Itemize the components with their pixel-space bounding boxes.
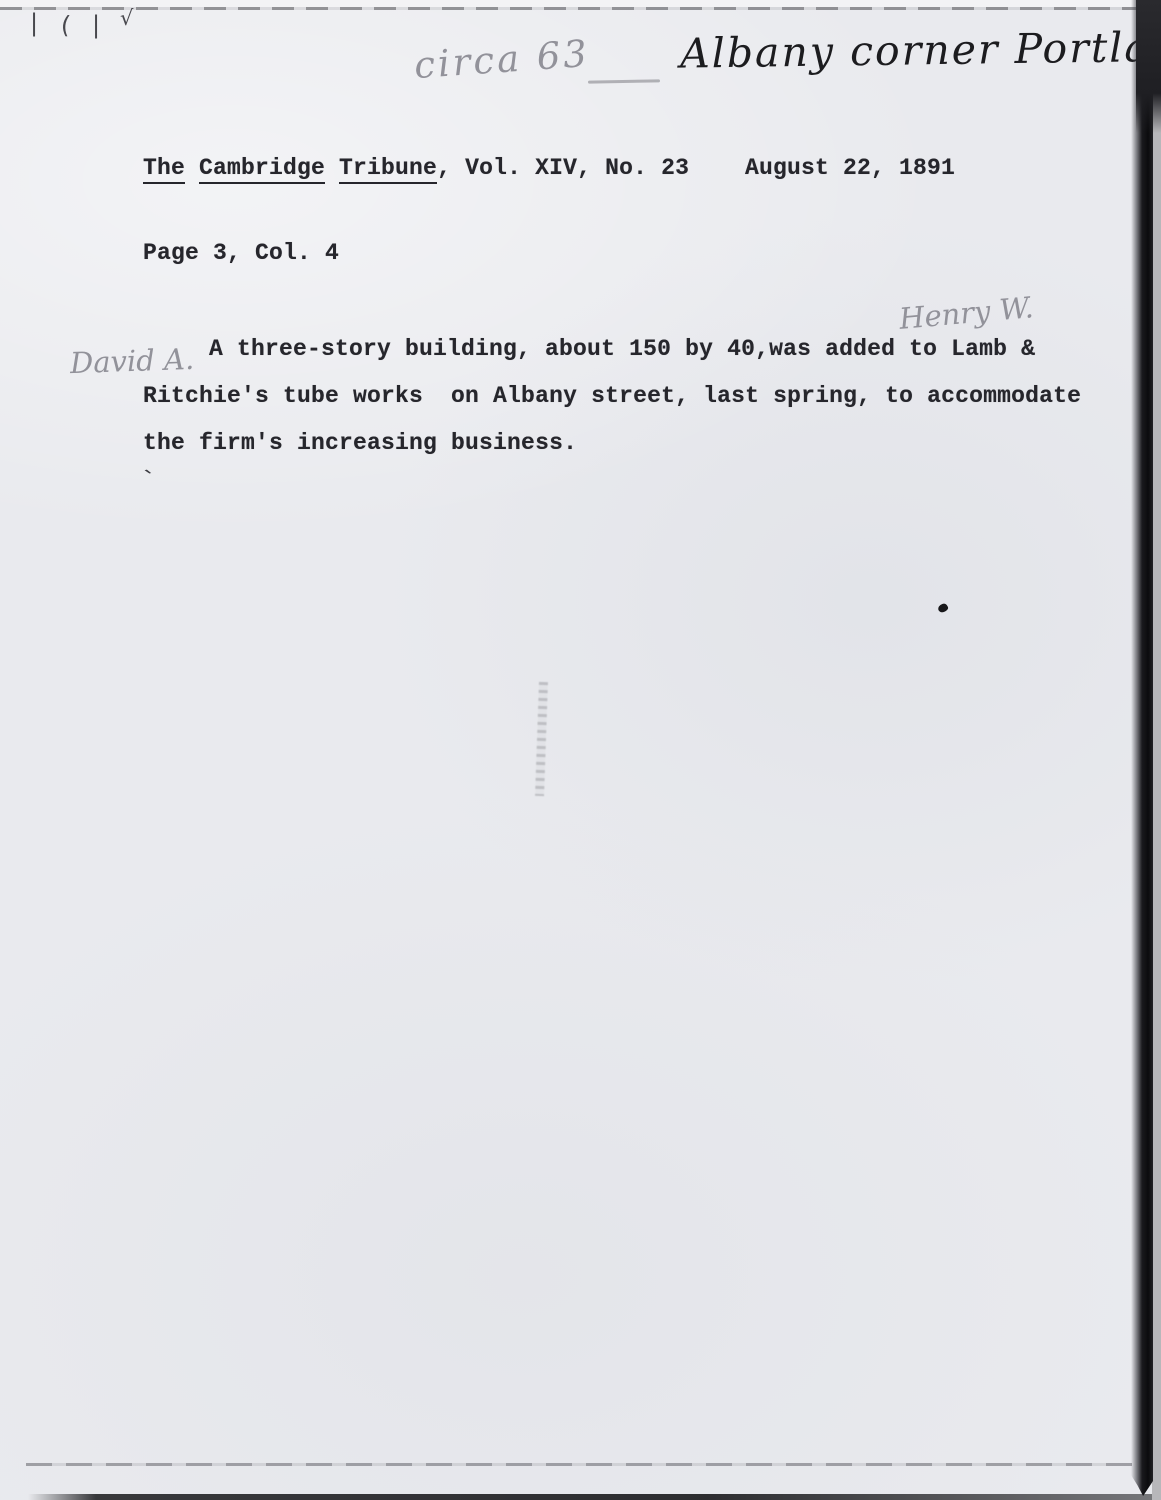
handwritten-name-henry: Henry W.: [898, 290, 1035, 336]
scan-bottom-edge-shadow: [28, 1494, 1161, 1500]
pencil-dash-line: [588, 79, 660, 83]
body-text-line: the firm's increasing business.: [143, 430, 577, 456]
source-title-word: Tribune: [339, 155, 437, 184]
scanned-document-page: | ( | √ circa 63 Albany corner Portland …: [0, 0, 1161, 1500]
scan-artifact-top-line: [0, 7, 1148, 10]
margin-tick-mark: (: [60, 11, 72, 40]
scan-right-edge-gray: [1152, 0, 1161, 1500]
margin-tick-mark: |: [92, 11, 100, 39]
margin-tick-mark: |: [30, 9, 38, 37]
margin-check-mark: √: [120, 6, 133, 30]
scan-top-white-band: [0, 0, 1148, 7]
source-title-word: The: [143, 155, 185, 184]
handwritten-circa-note: circa 63: [413, 32, 591, 87]
body-text-line: A three-story building, about 150 by 40,…: [209, 336, 1035, 362]
body-text-line: Ritchie's tube works on Albany street, l…: [143, 383, 1081, 409]
handwritten-name-david: David A.: [69, 342, 194, 380]
page-column-reference: Page 3, Col. 4: [143, 240, 339, 266]
source-date: August 22, 1891: [745, 155, 955, 181]
scan-right-edge-black-strip: [1131, 0, 1153, 1496]
source-title-word: Cambridge: [199, 155, 325, 184]
scan-top-right-corner-dark: [1136, 0, 1161, 133]
stray-pen-mark: `: [141, 465, 162, 496]
source-citation: , Vol. XIV, No. 23: [437, 155, 689, 181]
vertical-smudge-artifact: [535, 682, 548, 796]
scan-artifact-bottom-line: [26, 1463, 1132, 1466]
source-header: TheCambridgeTribune, Vol. XIV, No. 23: [143, 155, 689, 181]
handwritten-location-note: Albany corner Portland: [680, 22, 1161, 77]
ink-spot: [937, 603, 949, 614]
